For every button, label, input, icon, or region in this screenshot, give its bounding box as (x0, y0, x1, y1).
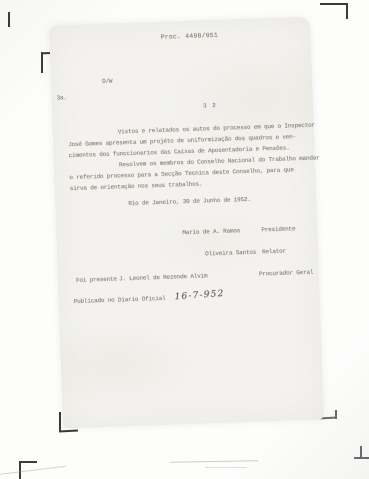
outer-mark-bottom-left-v (19, 461, 21, 479)
outer-mark-bottom-left-h (19, 461, 37, 463)
photo-streak (170, 460, 258, 463)
outer-mark-bottom-right-v (360, 446, 362, 459)
outer-mark-top-right-h (320, 3, 348, 5)
outer-mark-top-right-v (346, 3, 348, 19)
inner-mark-bottom-left-v (59, 412, 61, 432)
page-number: 3 2 (203, 102, 217, 109)
margin-note: 3a. (56, 94, 66, 101)
paragraph2-line: sirva de orientação nos seus trabalhos. (70, 180, 203, 192)
inner-mark-left-top-v (41, 52, 43, 73)
signature-role: Relator (262, 248, 286, 256)
signature-role: Presidente (261, 225, 295, 233)
present-name: J. Leonel de Rezende Alvim (119, 272, 208, 282)
photo-streak (205, 467, 247, 468)
publication-typed: Publicado no Diario Oficial (74, 295, 166, 305)
inner-mark-bottom-right-v (335, 410, 337, 419)
paragraph2-line: o referido processo para a Secção Tecnic… (69, 166, 294, 181)
scanned-photo: Proc. 4498/951 D/W 3a. 3 2 Vistos e rela… (0, 0, 369, 479)
document-page: Proc. 4498/951 D/W 3a. 3 2 Vistos e rela… (49, 17, 324, 429)
publication-line: Publicado no Diario Oficial 16-7-952 (74, 293, 225, 305)
publication-handwritten-date: 16-7-952 (175, 291, 225, 301)
signature-name: Mario de A. Ramos (182, 227, 240, 236)
dateline: Rio de Janeiro, 30 de Junho de 1952. (128, 196, 251, 207)
inner-mark-bottom-left-h (59, 430, 78, 433)
reference-mark: D/W (102, 78, 112, 85)
present-prefix: Foi presente (76, 275, 117, 283)
photo-paper-edge (0, 466, 66, 476)
signature-name: Oliveira Santos (205, 249, 256, 258)
process-number: Proc. 4498/951 (160, 32, 218, 41)
outer-mark-top-left (8, 12, 10, 27)
present-role: Procurador Geral (259, 269, 314, 278)
